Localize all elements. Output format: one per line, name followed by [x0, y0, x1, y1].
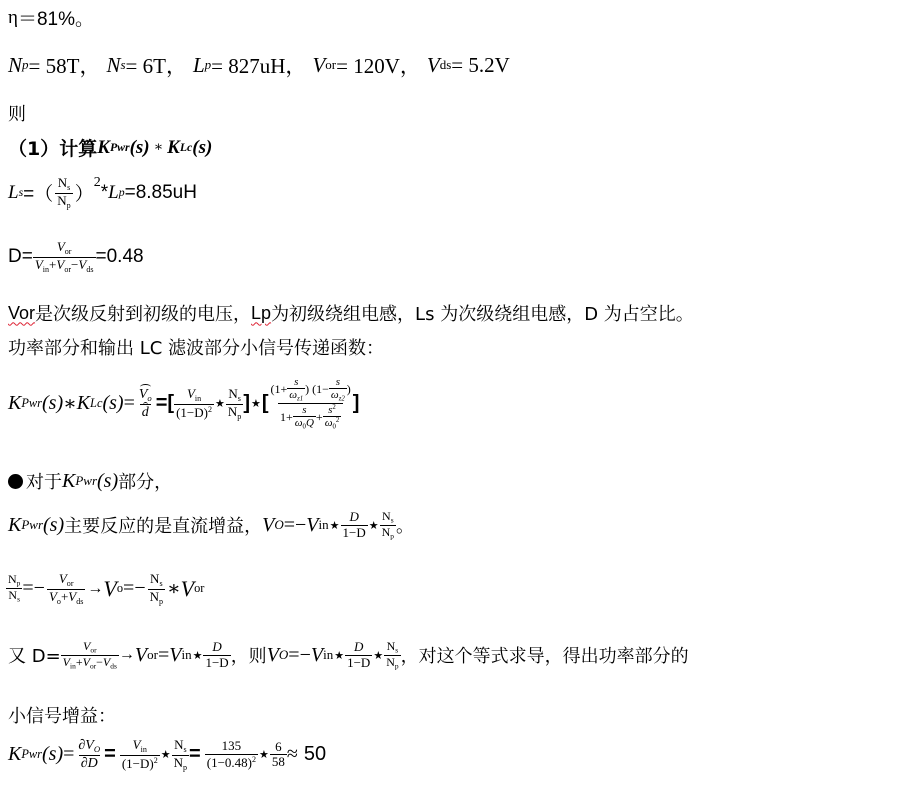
ns-value: = 6T， — [126, 50, 187, 80]
vds-value: = 5.2V — [451, 53, 510, 78]
duty-cycle-formula: D= Vor Vin+Vor−Vds =0.48 — [8, 240, 144, 274]
gain-result: 50 — [304, 743, 326, 766]
efficiency-value: ＝81%。 — [18, 4, 94, 31]
vor-value: = 120V， — [336, 50, 421, 80]
ns-over-np: Ns Np — [55, 176, 72, 210]
derivation-line: 又 D= Vor Vin+Vor−Vds → Vor = Vin ★ D 1−D… — [8, 640, 689, 671]
explanation-line-2: 功率部分和输出 LC 滤波部分小信号传递函数： — [8, 334, 384, 360]
np-value: = 58T， — [29, 50, 101, 80]
explanation-line-1: Vor 是次级反射到初级的电压， Lp 为初级绕组电感，Ls 为次级绕组电感，D… — [8, 300, 694, 326]
dc-gain-line: KPwr(s) 主要反应的是直流增益， VO =− Vin ★ D 1−D ★ … — [8, 510, 414, 541]
bullet-line: 对于 KPwr(s) 部分， — [8, 468, 172, 494]
section-heading: （1） 计算 KPwr(s) ∗ KLc(s) — [8, 134, 212, 161]
heading-number: （1） — [8, 134, 59, 161]
ls-result: =8.85uH — [125, 182, 197, 204]
turns-ratio-line: Np Ns =− Vor Vo+Vds → Vo =− Ns Np ∗ Vor — [6, 572, 204, 606]
then-line: 则 — [8, 100, 26, 126]
eta-symbol: η — [8, 7, 18, 29]
bullet-icon — [8, 474, 23, 489]
transfer-function: KPwr(s) ∗ KLc(s) = Vo d =[ Vin (1−D)2 ★ … — [8, 376, 359, 432]
ls-formula: Ls =（ Ns Np ） 2 * Lp =8.85uH — [8, 176, 197, 210]
small-signal-gain-formula: KPwr(s) = ∂VO ∂D = Vin (1−D)2 ★ Ns Np = … — [8, 738, 326, 772]
duty-cycle-result: =0.48 — [96, 246, 144, 268]
parameters-line: Np = 58T， Ns = 6T， Lp = 827uH， Vor = 120… — [8, 50, 510, 80]
derivation-line-2: 小信号增益： — [8, 702, 116, 728]
heading-text: 计算 — [59, 134, 97, 161]
lp-value: = 827uH， — [211, 50, 306, 80]
efficiency-line: η ＝81%。 — [8, 4, 94, 31]
